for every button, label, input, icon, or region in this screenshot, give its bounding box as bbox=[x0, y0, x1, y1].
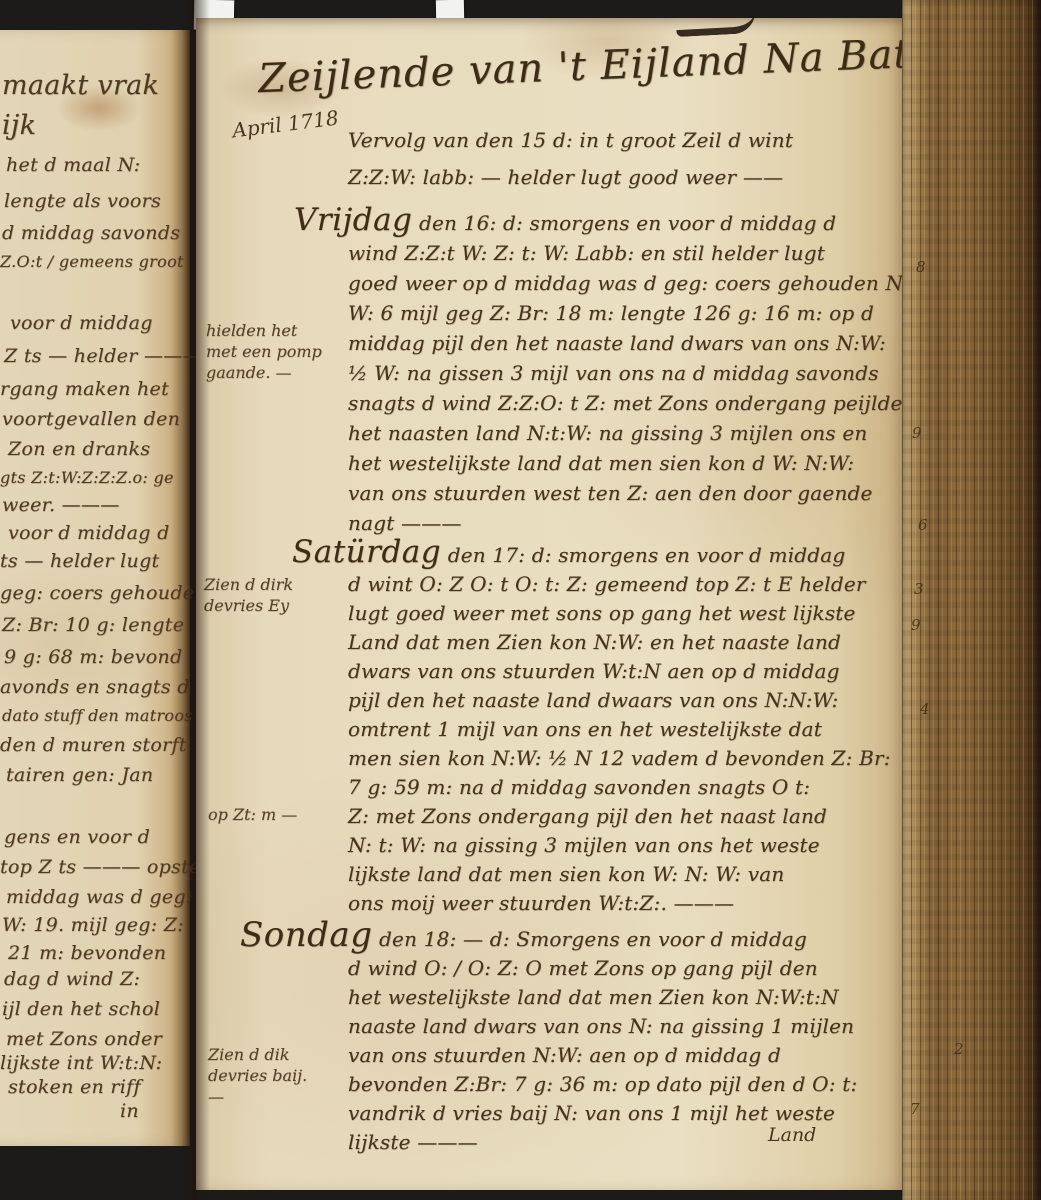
left-page-fragment: Z.O:t / gemeens groot bbox=[0, 252, 184, 271]
entry-line: middag pijl den het naaste land dwars va… bbox=[348, 328, 914, 358]
left-page-fragment: lijkste int W:t:N: bbox=[0, 1052, 162, 1074]
page-title: Zeijlende van 't Eijland Na Batavia bbox=[257, 28, 998, 102]
entry-line: lugt goed weer met sons op gang het west… bbox=[348, 599, 914, 628]
left-page-fragment: ijk bbox=[2, 110, 36, 141]
edge-ink-mark: 4 bbox=[920, 700, 930, 718]
entry-line: lijkste ——— bbox=[348, 1128, 914, 1157]
entry-line: d wind O: / O: Z: O met Zons op gang pij… bbox=[348, 954, 914, 983]
left-page-fragment: gts Z:t:W:Z:Z:Z.o: ge bbox=[0, 468, 174, 487]
margin-date: April 1718 bbox=[231, 106, 340, 143]
entry-heading: Satürdag bbox=[292, 534, 441, 570]
left-page-fragment: voor d middag bbox=[10, 312, 153, 334]
margin-note: Zien d dirk devries Ey bbox=[204, 574, 322, 616]
entry-line: Z: met Zons ondergang pijl den het naast… bbox=[348, 802, 914, 831]
edge-ink-mark: 6 bbox=[918, 516, 928, 534]
margin-note: Zien d dik devries baij. — bbox=[208, 1044, 326, 1107]
edge-ink-mark: 2 bbox=[954, 1040, 964, 1058]
journal-entry: Satürdag den 17: d: smorgens en voor d m… bbox=[348, 538, 914, 918]
left-page-fragment: met Zons onder bbox=[6, 1028, 162, 1050]
entry-line: bevonden Z:Br: 7 g: 36 m: op dato pijl d… bbox=[348, 1070, 914, 1099]
left-page-fragment: 9 g: 68 m: bevond bbox=[4, 646, 182, 668]
main-page: Zeijlende van 't Eijland Na Batavia Apri… bbox=[196, 18, 908, 1190]
entry-line: het westelijkste land dat men sien kon d… bbox=[348, 448, 914, 478]
margin-note: op Zt: m — bbox=[208, 804, 326, 825]
left-page-fragment: 21 m: bevonden bbox=[8, 942, 166, 964]
entry-line: N: t: W: na gissing 3 mijlen van ons het… bbox=[348, 831, 914, 860]
entry-heading: Vrijdag bbox=[294, 202, 412, 238]
left-page-fragment: dag d wind Z: bbox=[4, 968, 140, 990]
entry-line: pijl den het naaste land dwaars van ons … bbox=[348, 686, 914, 715]
journal-entry: Sondag den 18: — d: Smorgens en voor d m… bbox=[348, 921, 914, 1157]
entry-line: ½ W: na gissen 3 mijl van ons na d midda… bbox=[348, 358, 914, 388]
left-page-fragment: weer. ——— bbox=[2, 494, 120, 516]
left-page: maakt vrak ijk het d maal N: lengte als … bbox=[0, 30, 190, 1146]
entry-line: Z:Z:W: labb: — helder lugt good weer —— bbox=[348, 159, 914, 196]
journal-body: Vervolg van den 15 d: in t groot Zeil d … bbox=[348, 122, 914, 1157]
journal-entry: Vervolg van den 15 d: in t groot Zeil d … bbox=[348, 122, 914, 196]
entry-line: lijkste land dat men sien kon W: N: W: v… bbox=[348, 860, 914, 889]
entry-heading: Sondag bbox=[240, 915, 372, 955]
entry-opening: den 16: d: smorgens en voor d middag d bbox=[419, 211, 836, 235]
entry-line: dwars van ons stuurden W:t:N aen op d mi… bbox=[348, 657, 914, 686]
edge-ink-mark: 9 bbox=[912, 424, 922, 442]
edge-ink-mark: 3 bbox=[914, 580, 924, 598]
entry-line: wind Z:Z:t W: Z: t: W: Labb: en stil hel… bbox=[348, 238, 914, 268]
edge-ink-mark: 7 bbox=[910, 1100, 920, 1118]
left-page-fragment: middag was d geg: bbox=[6, 886, 193, 908]
left-page-fragment: d middag savonds bbox=[2, 222, 180, 244]
left-page-fragment: top Z ts ——— opste bbox=[0, 856, 201, 878]
left-page-fragment: gens en voor d bbox=[4, 826, 150, 848]
left-page-fragment: W: 19. mijl geg: Z: bbox=[2, 914, 184, 936]
ink-flourish bbox=[675, 10, 756, 37]
left-page-fragment: ijl den het schol bbox=[2, 998, 160, 1020]
left-page-fragment: maakt vrak bbox=[2, 70, 159, 101]
edge-ink-mark: 8 bbox=[916, 258, 926, 276]
entry-line: ons moij weer stuurden W:t:Z:. ——— bbox=[348, 889, 914, 918]
edge-ink-mark: 9 bbox=[911, 616, 921, 634]
left-page-fragment: Z: Br: 10 g: lengte bbox=[2, 614, 184, 636]
entry-line: W: 6 mijl geg Z: Br: 18 m: lengte 126 g:… bbox=[348, 298, 914, 328]
left-page-fragment: in bbox=[120, 1100, 139, 1122]
left-page-fragment: rgang maken het bbox=[0, 378, 169, 400]
entry-line: d wint O: Z O: t O: t: Z: gemeend top Z:… bbox=[348, 570, 914, 599]
entry-line: het westelijkste land dat men Zien kon N… bbox=[348, 983, 914, 1012]
entry-line: van ons stuurden N:W: aen op d middag d bbox=[348, 1041, 914, 1070]
fore-edge: 8 9 6 3 9 4 7 2 bbox=[902, 0, 1041, 1200]
entry-line: Vervolg van den 15 d: in t groot Zeil d … bbox=[348, 122, 914, 159]
left-page-fragment: dato stuff den matroos bbox=[2, 706, 193, 725]
left-page-fragment: tairen gen: Jan bbox=[6, 764, 153, 786]
left-page-fragment: geg: coers gehouden bbox=[0, 582, 207, 604]
margin-note: hielden het met een pomp gaande. — bbox=[206, 320, 324, 383]
entry-opening: den 17: d: smorgens en voor d middag bbox=[448, 543, 846, 567]
entry-line: omtrent 1 mijl van ons en het westelijks… bbox=[348, 715, 914, 744]
left-page-fragment: voor d middag d bbox=[8, 522, 170, 544]
left-page-fragment: avonds en snagts d bbox=[0, 676, 190, 698]
entry-line: naaste land dwars van ons N: na gissing … bbox=[348, 1012, 914, 1041]
left-page-fragment: den d muren storft bbox=[0, 734, 187, 756]
left-page-fragment: ts — helder lugt bbox=[0, 550, 159, 572]
catchword: Land bbox=[768, 1124, 816, 1146]
entry-line: van ons stuurden west ten Z: aen den doo… bbox=[348, 478, 914, 508]
left-page-fragment: stoken en riff bbox=[8, 1076, 141, 1098]
left-page-fragment: lengte als voors bbox=[4, 190, 161, 212]
entry-line: Land dat men Zien kon N:W: en het naaste… bbox=[348, 628, 914, 657]
entry-line: vandrik d vries baij N: van ons 1 mijl h… bbox=[348, 1099, 914, 1128]
entry-line: 7 g: 59 m: na d middag savonden snagts O… bbox=[348, 773, 914, 802]
entry-opening: den 18: — d: Smorgens en voor d middag bbox=[379, 927, 807, 951]
left-page-fragment: Zon en dranks bbox=[8, 438, 150, 460]
left-page-fragment: voortgevallen den bbox=[2, 408, 180, 430]
left-page-fragment: Z ts — helder ——— bbox=[4, 345, 202, 367]
manuscript-photo: maakt vrak ijk het d maal N: lengte als … bbox=[0, 0, 1041, 1200]
entry-line: snagts d wind Z:Z:O: t Z: met Zons onder… bbox=[348, 388, 914, 418]
journal-entry: Vrijdag den 16: d: smorgens en voor d mi… bbox=[348, 205, 914, 538]
entry-line: goed weer op d middag was d geg: coers g… bbox=[348, 268, 914, 298]
left-page-fragment: het d maal N: bbox=[6, 154, 140, 176]
entry-line: het naasten land N:t:W: na gissing 3 mij… bbox=[348, 418, 914, 448]
entry-line: men sien kon N:W: ½ N 12 vadem d bevonde… bbox=[348, 744, 914, 773]
